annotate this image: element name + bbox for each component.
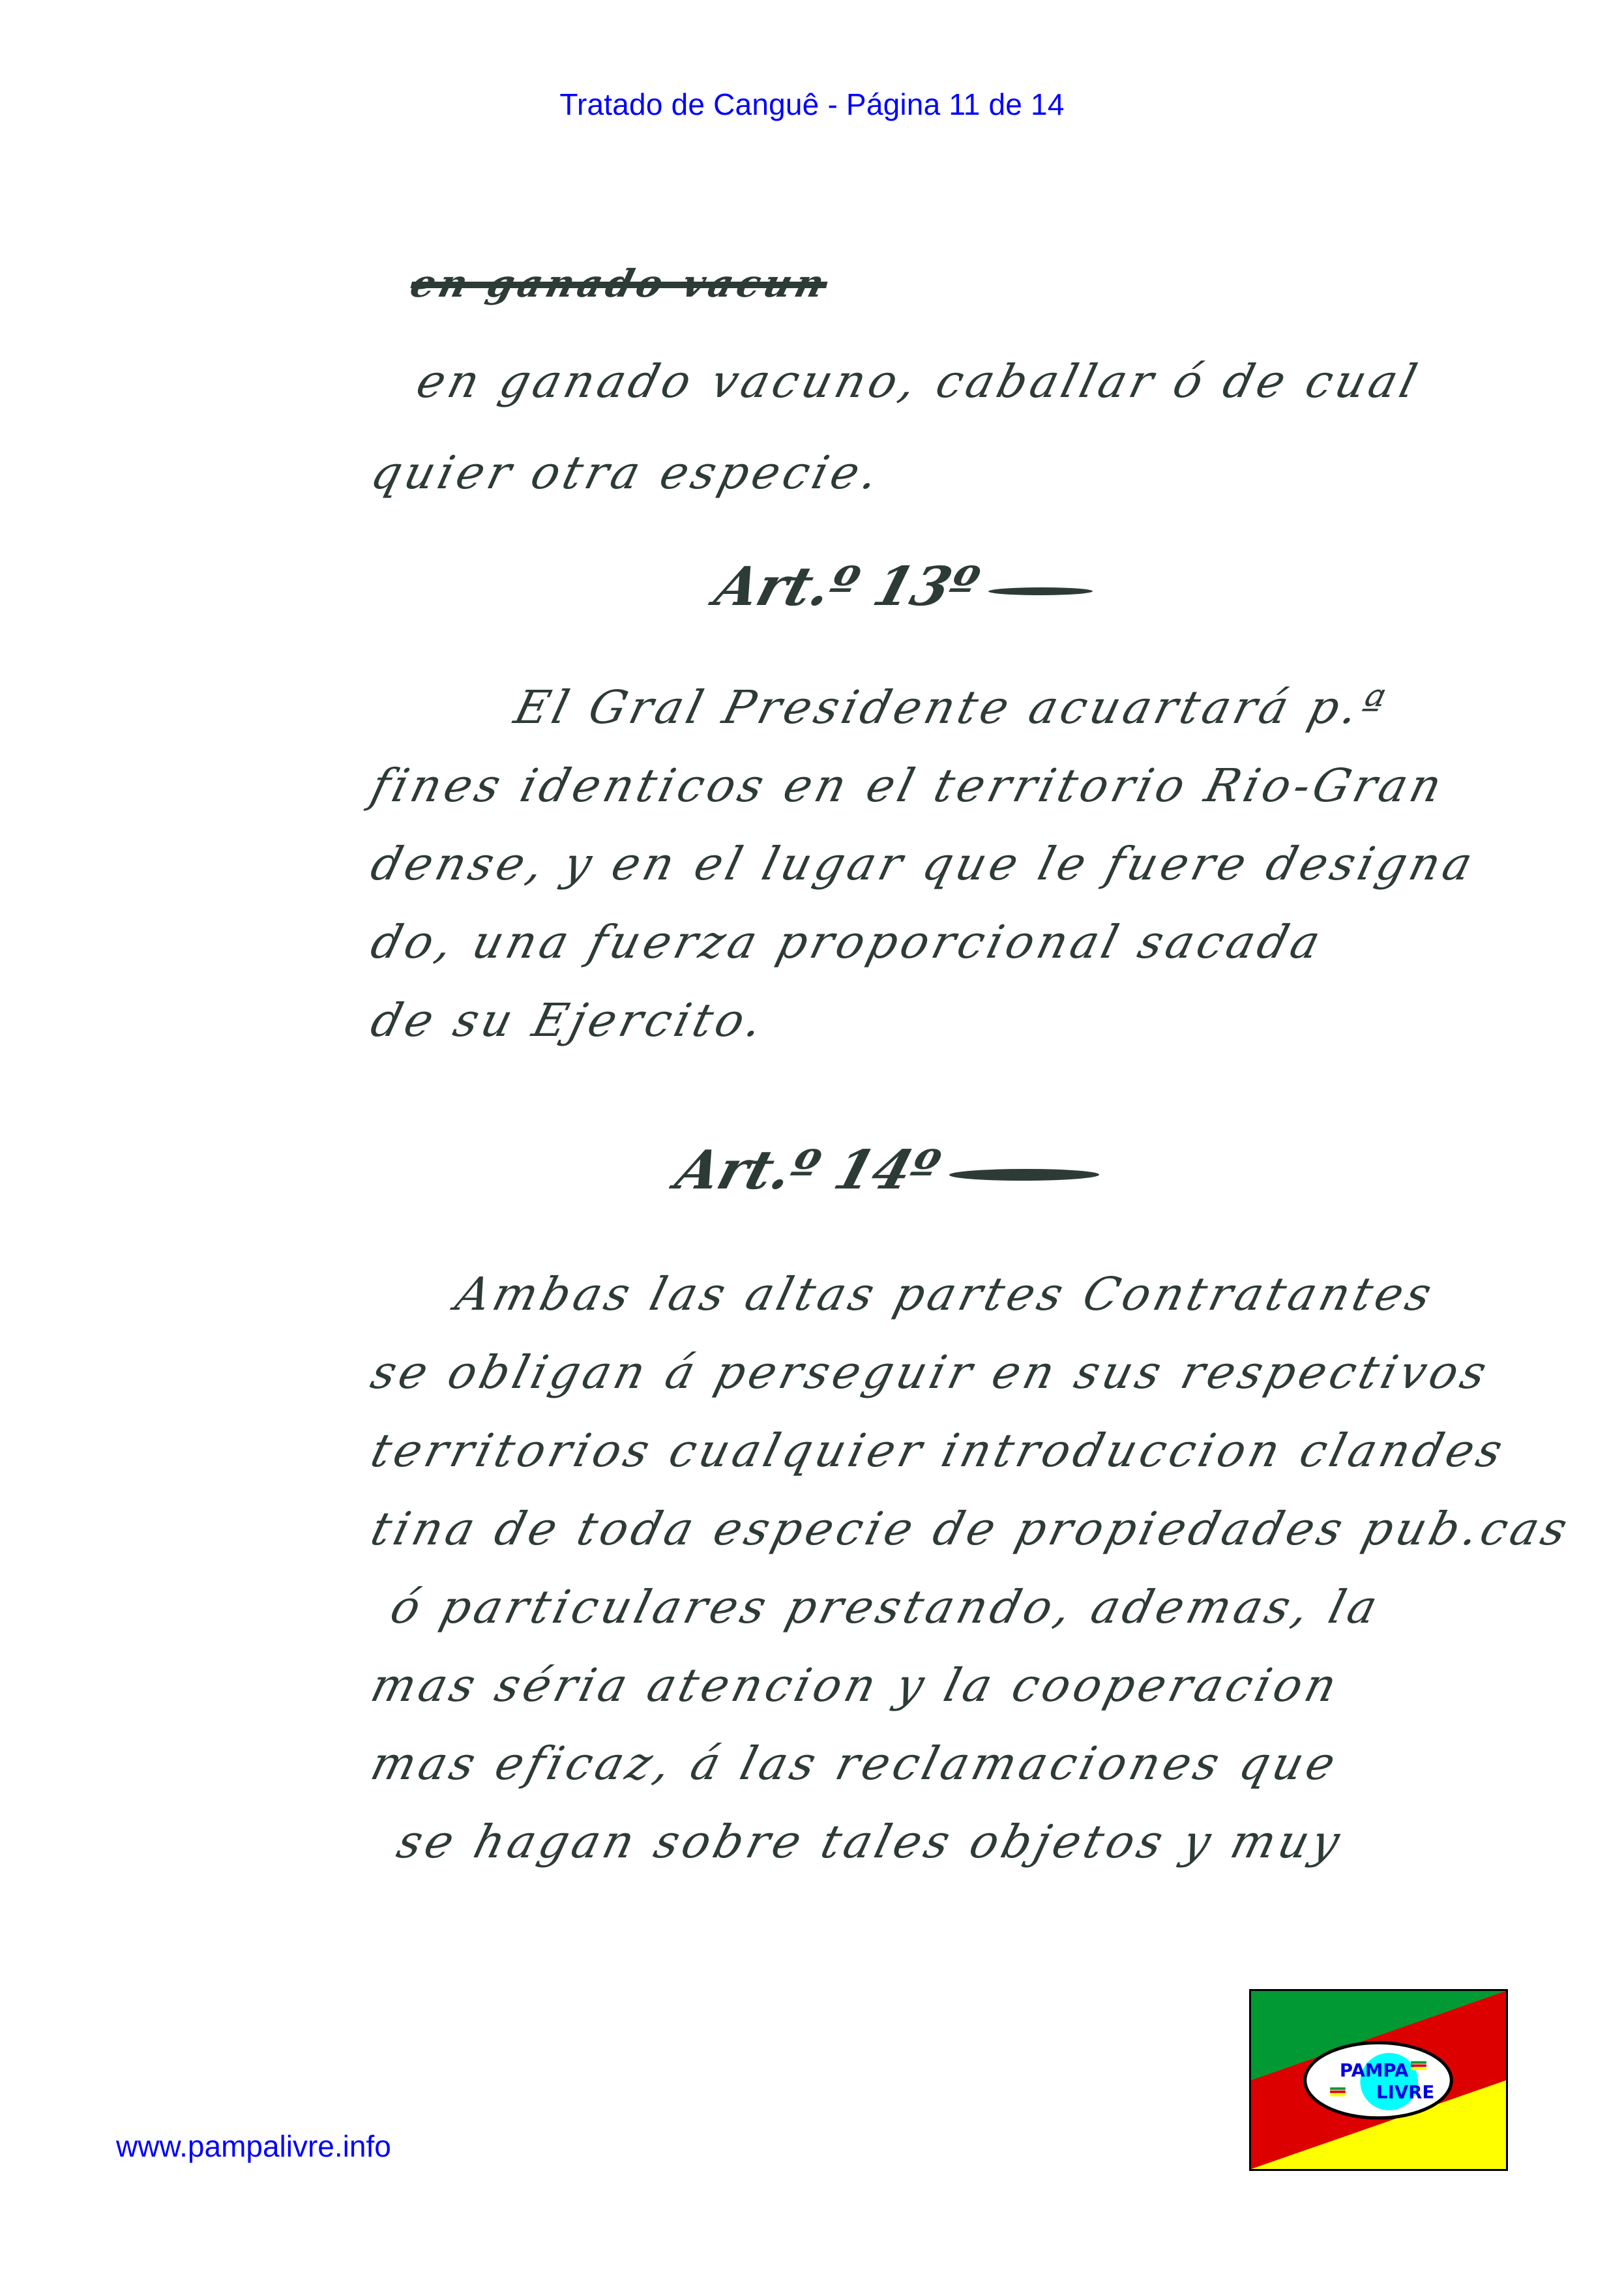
manuscript-line: mas eficaz, á las reclamaciones que bbox=[365, 1734, 1345, 1793]
manuscript-line: El Gral Presidente acuartará p.ª bbox=[509, 678, 1394, 737]
manuscript-line: de su Ejercito. bbox=[365, 991, 773, 1050]
article-heading-13: Art.º 13º bbox=[708, 554, 1104, 619]
manuscript-line: mas séria atencion y la cooperacion bbox=[365, 1656, 1346, 1715]
manuscript-line: ó particulares prestando, ademas, la bbox=[385, 1578, 1387, 1636]
manuscript-scan: en ganado vacun en ganado vacuno, caball… bbox=[352, 241, 1330, 2001]
manuscript-line: fines identicos en el territorio Rio-Gra… bbox=[365, 756, 1451, 815]
manuscript-line: se obligan á perseguir en sus respectivo… bbox=[365, 1343, 1496, 1402]
footer-website-link[interactable]: www.pampalivre.info bbox=[116, 2127, 391, 2166]
manuscript-line: Ambas las altas partes Contratantes bbox=[450, 1265, 1441, 1323]
manuscript-line: quier otra especie. bbox=[365, 443, 888, 502]
svg-text:LIVRE: LIVRE bbox=[1376, 2082, 1434, 2103]
article-heading-text: Art.º 13º bbox=[708, 555, 985, 618]
manuscript-line: dense, y en el lugar que le fuere design… bbox=[365, 834, 1482, 893]
manuscript-line: se hagan sobre tales objetos y muy bbox=[391, 1812, 1350, 1871]
article-heading-text: Art.º 14º bbox=[669, 1139, 946, 1202]
pampa-livre-flag-logo[interactable]: PAMPA LIVRE bbox=[1249, 1989, 1508, 2171]
manuscript-line: tina de toda especie de propiedades pub.… bbox=[365, 1499, 1577, 1558]
manuscript-line: territorios cualquier introduccion cland… bbox=[365, 1421, 1513, 1480]
struck-out-line: en ganado vacun bbox=[404, 254, 834, 313]
article-heading-14: Art.º 14º bbox=[669, 1138, 1110, 1203]
rio-grande-do-sul-flag-icon: PAMPA LIVRE bbox=[1251, 1991, 1506, 2169]
heading-underline-dash bbox=[947, 1169, 1100, 1181]
manuscript-line: en ganado vacuno, caballar ó de cual bbox=[411, 352, 1426, 411]
svg-text:PAMPA: PAMPA bbox=[1340, 2060, 1409, 2081]
manuscript-line: do, una fuerza proporcional sacada bbox=[365, 913, 1330, 971]
heading-underline-dash bbox=[987, 587, 1093, 595]
page-header-title: Tratado de Canguê - Página 11 de 14 bbox=[0, 85, 1624, 124]
